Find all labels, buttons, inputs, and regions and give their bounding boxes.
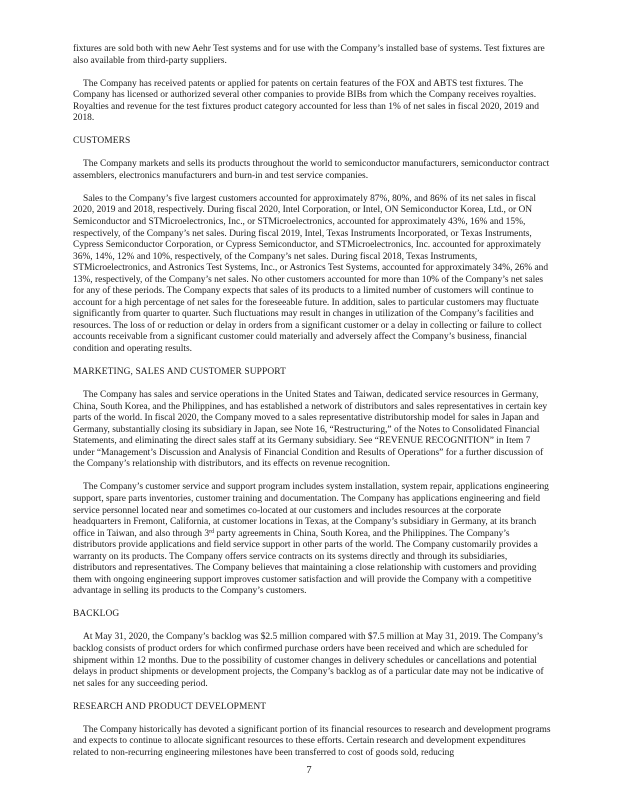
paragraph-backlog: At May 31, 2020, the Company’s backlog w… (73, 632, 551, 690)
paragraph-customer-support: The Company’s customer service and suppo… (73, 482, 551, 597)
paragraph-marketing-operations: The Company has sales and service operat… (73, 390, 551, 471)
paragraph-customers-sales: Sales to the Company’s five largest cust… (73, 194, 551, 356)
section-heading-research: RESEARCH AND PRODUCT DEVELOPMENT (73, 702, 551, 714)
paragraph-patents: The Company has received patents or appl… (73, 79, 551, 125)
paragraph-continued: fixtures are sold both with new Aehr Tes… (73, 44, 551, 67)
page-number: 7 (0, 765, 618, 776)
document-page: fixtures are sold both with new Aehr Tes… (73, 44, 551, 771)
section-heading-marketing: MARKETING, SALES AND CUSTOMER SUPPORT (73, 367, 551, 379)
section-heading-backlog: BACKLOG (73, 609, 551, 621)
section-heading-customers: CUSTOMERS (73, 136, 551, 148)
paragraph-customers-markets: The Company markets and sells its produc… (73, 159, 551, 182)
paragraph-research: The Company historically has devoted a s… (73, 725, 551, 760)
